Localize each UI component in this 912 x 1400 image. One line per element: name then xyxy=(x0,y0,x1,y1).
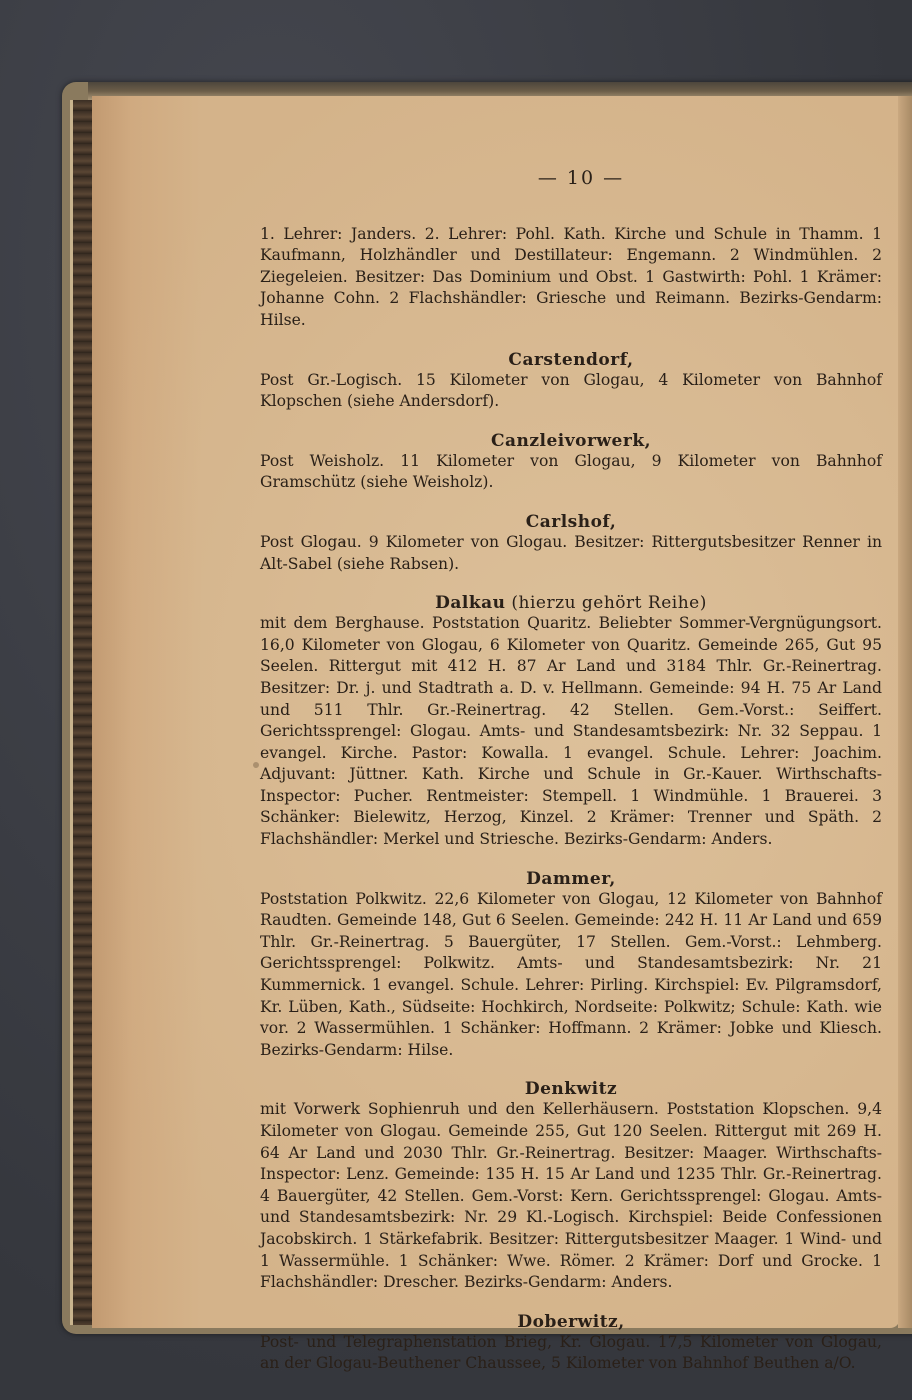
entry-title-text: Dalkau xyxy=(435,593,505,613)
entry-title: Carstendorf, xyxy=(260,350,882,370)
entry-carlshof: Carlshof, Post Glogau. 9 Kilometer von G… xyxy=(260,512,882,575)
entry-title: Denkwitz xyxy=(260,1079,882,1099)
entry-body: mit dem Berghause. Poststation Quaritz. … xyxy=(260,613,882,851)
entry-title: Dammer, xyxy=(260,869,882,889)
entry-title: Carlshof, xyxy=(260,512,882,532)
intro-paragraph: 1. Lehrer: Janders. 2. Lehrer: Pohl. Kat… xyxy=(260,224,882,332)
entry-carstendorf: Carstendorf, Post Gr.-Logisch. 15 Kilome… xyxy=(260,350,882,413)
page-content: — 10 — 1. Lehrer: Janders. 2. Lehrer: Po… xyxy=(260,168,882,1375)
entry-body: mit Vorwerk Sophienruh und den Kellerhäu… xyxy=(260,1099,882,1293)
entry-title-text: Carlshof, xyxy=(526,512,617,532)
entry-title-text: Denkwitz xyxy=(525,1079,617,1099)
entry-dammer: Dammer, Poststation Polkwitz. 22,6 Kilom… xyxy=(260,869,882,1062)
entry-body: Post Weisholz. 11 Kilometer von Glogau, … xyxy=(260,451,882,494)
paper-speck xyxy=(253,762,259,768)
entry-title: Dalkau (hierzu gehört Reihe) xyxy=(260,593,882,613)
entry-title: Canzleivorwerk, xyxy=(260,431,882,451)
entry-doberwitz: Doberwitz, Post- und Telegraphenstation … xyxy=(260,1312,882,1375)
entry-body: Post Glogau. 9 Kilometer von Glogau. Bes… xyxy=(260,532,882,575)
entry-canzleivorwerk: Canzleivorwerk, Post Weisholz. 11 Kilome… xyxy=(260,431,882,494)
entry-title: Doberwitz, xyxy=(260,1312,882,1332)
entry-body: Post Gr.-Logisch. 15 Kilometer von Gloga… xyxy=(260,370,882,413)
entry-title-text: Dammer, xyxy=(526,869,616,889)
entry-subtitle: (hierzu gehört Reihe) xyxy=(506,593,707,613)
page-right-edge xyxy=(898,96,912,1328)
entry-body: Post- und Telegraphenstation Brieg, Kr. … xyxy=(260,1332,882,1375)
page-number: — 10 — xyxy=(260,168,882,190)
entry-body: Poststation Polkwitz. 22,6 Kilometer von… xyxy=(260,889,882,1062)
entry-denkwitz: Denkwitz mit Vorwerk Sophienruh und den … xyxy=(260,1079,882,1293)
entry-title-text: Canzleivorwerk, xyxy=(491,431,651,451)
entry-title-text: Carstendorf, xyxy=(508,350,633,370)
entry-title-text: Doberwitz, xyxy=(517,1312,624,1332)
entry-dalkau: Dalkau (hierzu gehört Reihe) mit dem Ber… xyxy=(260,593,882,851)
